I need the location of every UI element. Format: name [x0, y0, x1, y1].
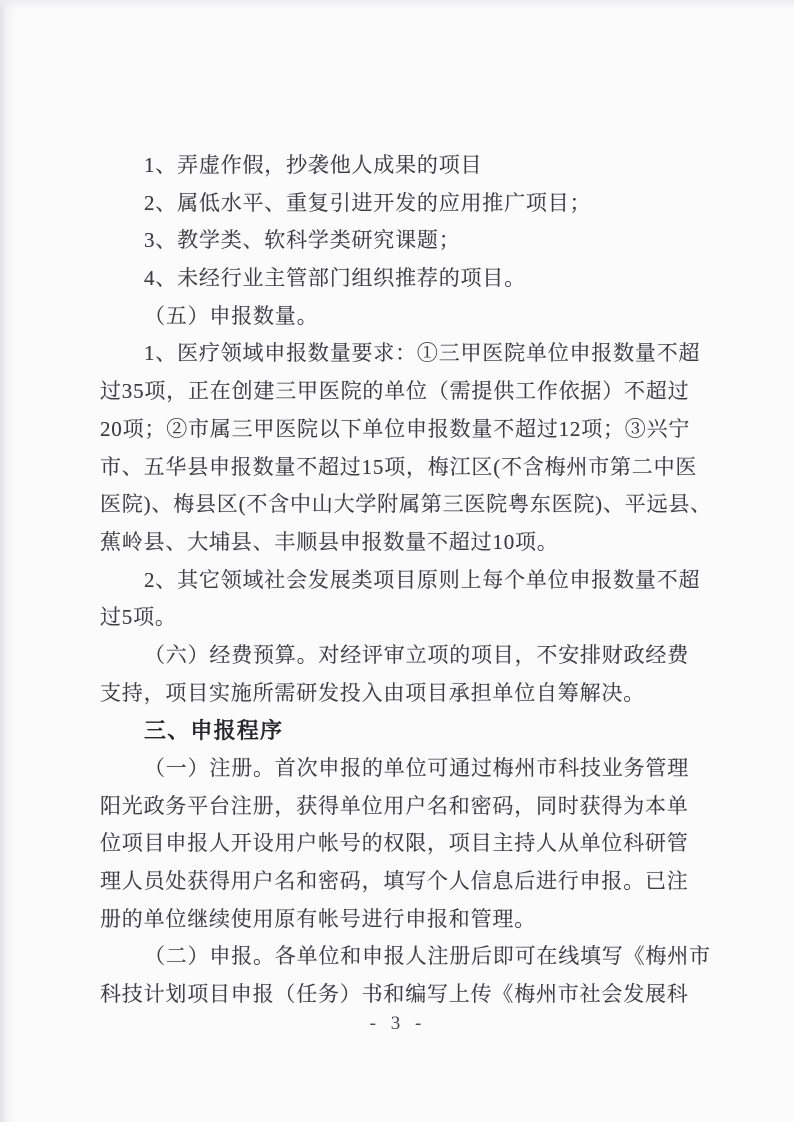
text-line: 理人员处获得用户名和密码，填写个人信息后进行申报。已注	[100, 863, 696, 901]
page-number: - 3 -	[100, 1013, 696, 1035]
text-line: 位项目申报人开设用户帐号的权限，项目主持人从单位科研管	[100, 825, 696, 863]
text-line: 2、属低水平、重复引进开发的应用推广项目；	[100, 185, 696, 223]
text-line: 支持，项目实施所需研发投入由项目承担单位自筹解决。	[100, 675, 696, 713]
section-heading: 三、申报程序	[100, 712, 696, 750]
text-line: 科技计划项目申报（任务）书和编写上传《梅州市社会发展科	[100, 976, 696, 1014]
text-line: 市、五华县申报数量不超过15项，梅江区(不含梅州市第二中医	[100, 449, 696, 487]
document-body: 1、弄虚作假，抄袭他人成果的项目2、属低水平、重复引进开发的应用推广项目；3、教…	[100, 147, 696, 1014]
text-line: （二）申报。各单位和申报人注册后即可在线填写《梅州市	[100, 938, 696, 976]
text-line: （六）经费预算。对经评审立项的项目，不安排财政经费	[100, 637, 696, 675]
text-line: 过35项，正在创建三甲医院的单位（需提供工作依据）不超过	[100, 373, 696, 411]
text-line: 医院)、梅县区(不含中山大学附属第三医院粤东医院)、平远县、	[100, 486, 696, 524]
text-line: （五）申报数量。	[100, 298, 696, 336]
text-line: 1、医疗领域申报数量要求：①三甲医院单位申报数量不超	[100, 335, 696, 373]
text-line: 过5项。	[100, 599, 696, 637]
text-line: 4、未经行业主管部门组织推荐的项目。	[100, 260, 696, 298]
text-line: 1、弄虚作假，抄袭他人成果的项目	[100, 147, 696, 185]
document-page: 1、弄虚作假，抄袭他人成果的项目2、属低水平、重复引进开发的应用推广项目；3、教…	[0, 0, 794, 1122]
text-line: 20项；②市属三甲医院以下单位申报数量不超过12项；③兴宁	[100, 411, 696, 449]
text-line: 蕉岭县、大埔县、丰顺县申报数量不超过10项。	[100, 524, 696, 562]
text-line: 阳光政务平台注册，获得单位用户名和密码，同时获得为本单	[100, 788, 696, 826]
text-line: 3、教学类、软科学类研究课题；	[100, 222, 696, 260]
text-line: （一）注册。首次申报的单位可通过梅州市科技业务管理	[100, 750, 696, 788]
text-line: 册的单位继续使用原有帐号进行申报和管理。	[100, 901, 696, 939]
text-line: 2、其它领域社会发展类项目原则上每个单位申报数量不超	[100, 562, 696, 600]
